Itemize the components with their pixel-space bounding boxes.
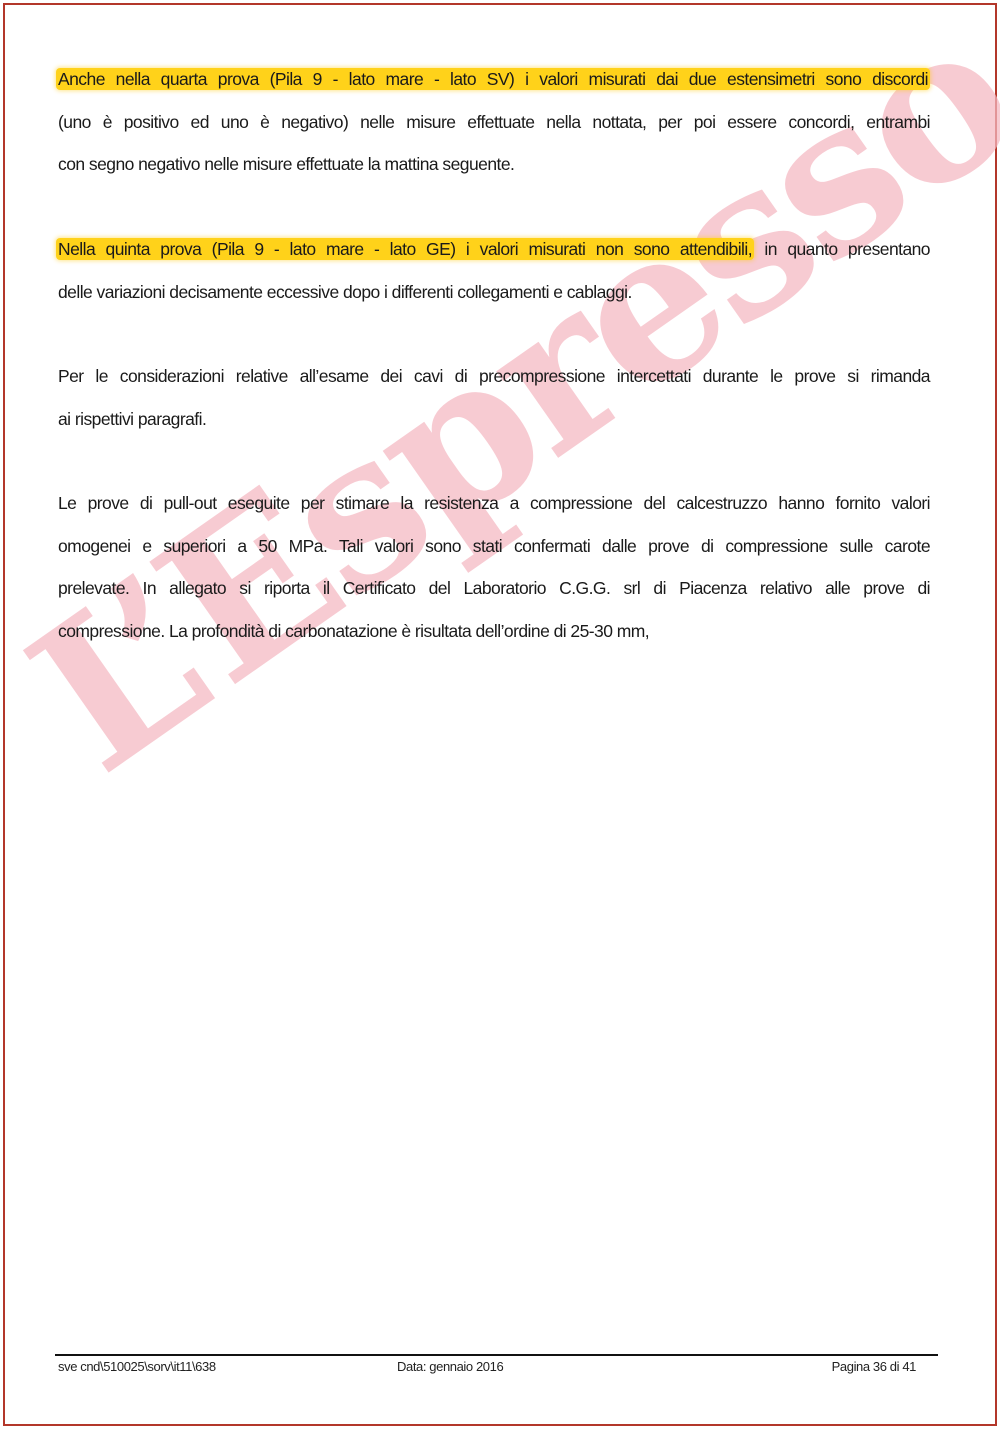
highlighted-text: Anche nella quarta prova (Pila 9 - lato …: [56, 68, 930, 90]
footer-date: Data: gennaio 2016: [397, 1359, 503, 1374]
footer-page-number: Pagina 36 di 41: [832, 1359, 916, 1374]
body-text: compressione. La profondità di carbonata…: [58, 621, 649, 641]
body-text: con segno negativo nelle misure effettua…: [58, 154, 514, 174]
paragraph-quarta-prova: Anche nella quarta prova (Pila 9 - lato …: [58, 68, 930, 196]
text-line: Nella quinta prova (Pila 9 - lato mare -…: [58, 238, 930, 281]
text-line: ai rispettivi paragrafi.: [58, 408, 930, 451]
paragraph-pull-out: Le prove di pull-out eseguite per stimar…: [58, 492, 930, 662]
body-text: omogenei e superiori a 50 MPa. Tali valo…: [58, 536, 930, 556]
page-border: [3, 3, 997, 1426]
text-line: compressione. La profondità di carbonata…: [58, 620, 930, 663]
body-text: Per le considerazioni relative all’esame…: [58, 366, 930, 386]
paragraph-quinta-prova: Nella quinta prova (Pila 9 - lato mare -…: [58, 238, 930, 323]
footer-reference: sve cnd\510025\sorv\it11\638: [58, 1359, 216, 1374]
body-text: (uno è positivo ed uno è negativo) nelle…: [58, 112, 930, 132]
body-text: in quanto presentano: [754, 239, 930, 259]
paragraph-cavi-precompressione: Per le considerazioni relative all’esame…: [58, 365, 930, 450]
body-text: ai rispettivi paragrafi.: [58, 409, 206, 429]
body-text: delle variazioni decisamente eccessive d…: [58, 282, 632, 302]
highlighted-text: Nella quinta prova (Pila 9 - lato mare -…: [56, 238, 754, 260]
text-line: omogenei e superiori a 50 MPa. Tali valo…: [58, 535, 930, 578]
text-line: con segno negativo nelle misure effettua…: [58, 153, 930, 196]
text-line: Per le considerazioni relative all’esame…: [58, 365, 930, 408]
text-line: Le prove di pull-out eseguite per stimar…: [58, 492, 930, 535]
text-line: delle variazioni decisamente eccessive d…: [58, 281, 930, 324]
footer-divider: [55, 1354, 938, 1356]
text-line: (uno è positivo ed uno è negativo) nelle…: [58, 111, 930, 154]
body-text: prelevate. In allegato si riporta il Cer…: [58, 578, 930, 598]
body-text: Le prove di pull-out eseguite per stimar…: [58, 493, 930, 513]
text-line: prelevate. In allegato si riporta il Cer…: [58, 577, 930, 620]
text-line: Anche nella quarta prova (Pila 9 - lato …: [58, 68, 930, 111]
